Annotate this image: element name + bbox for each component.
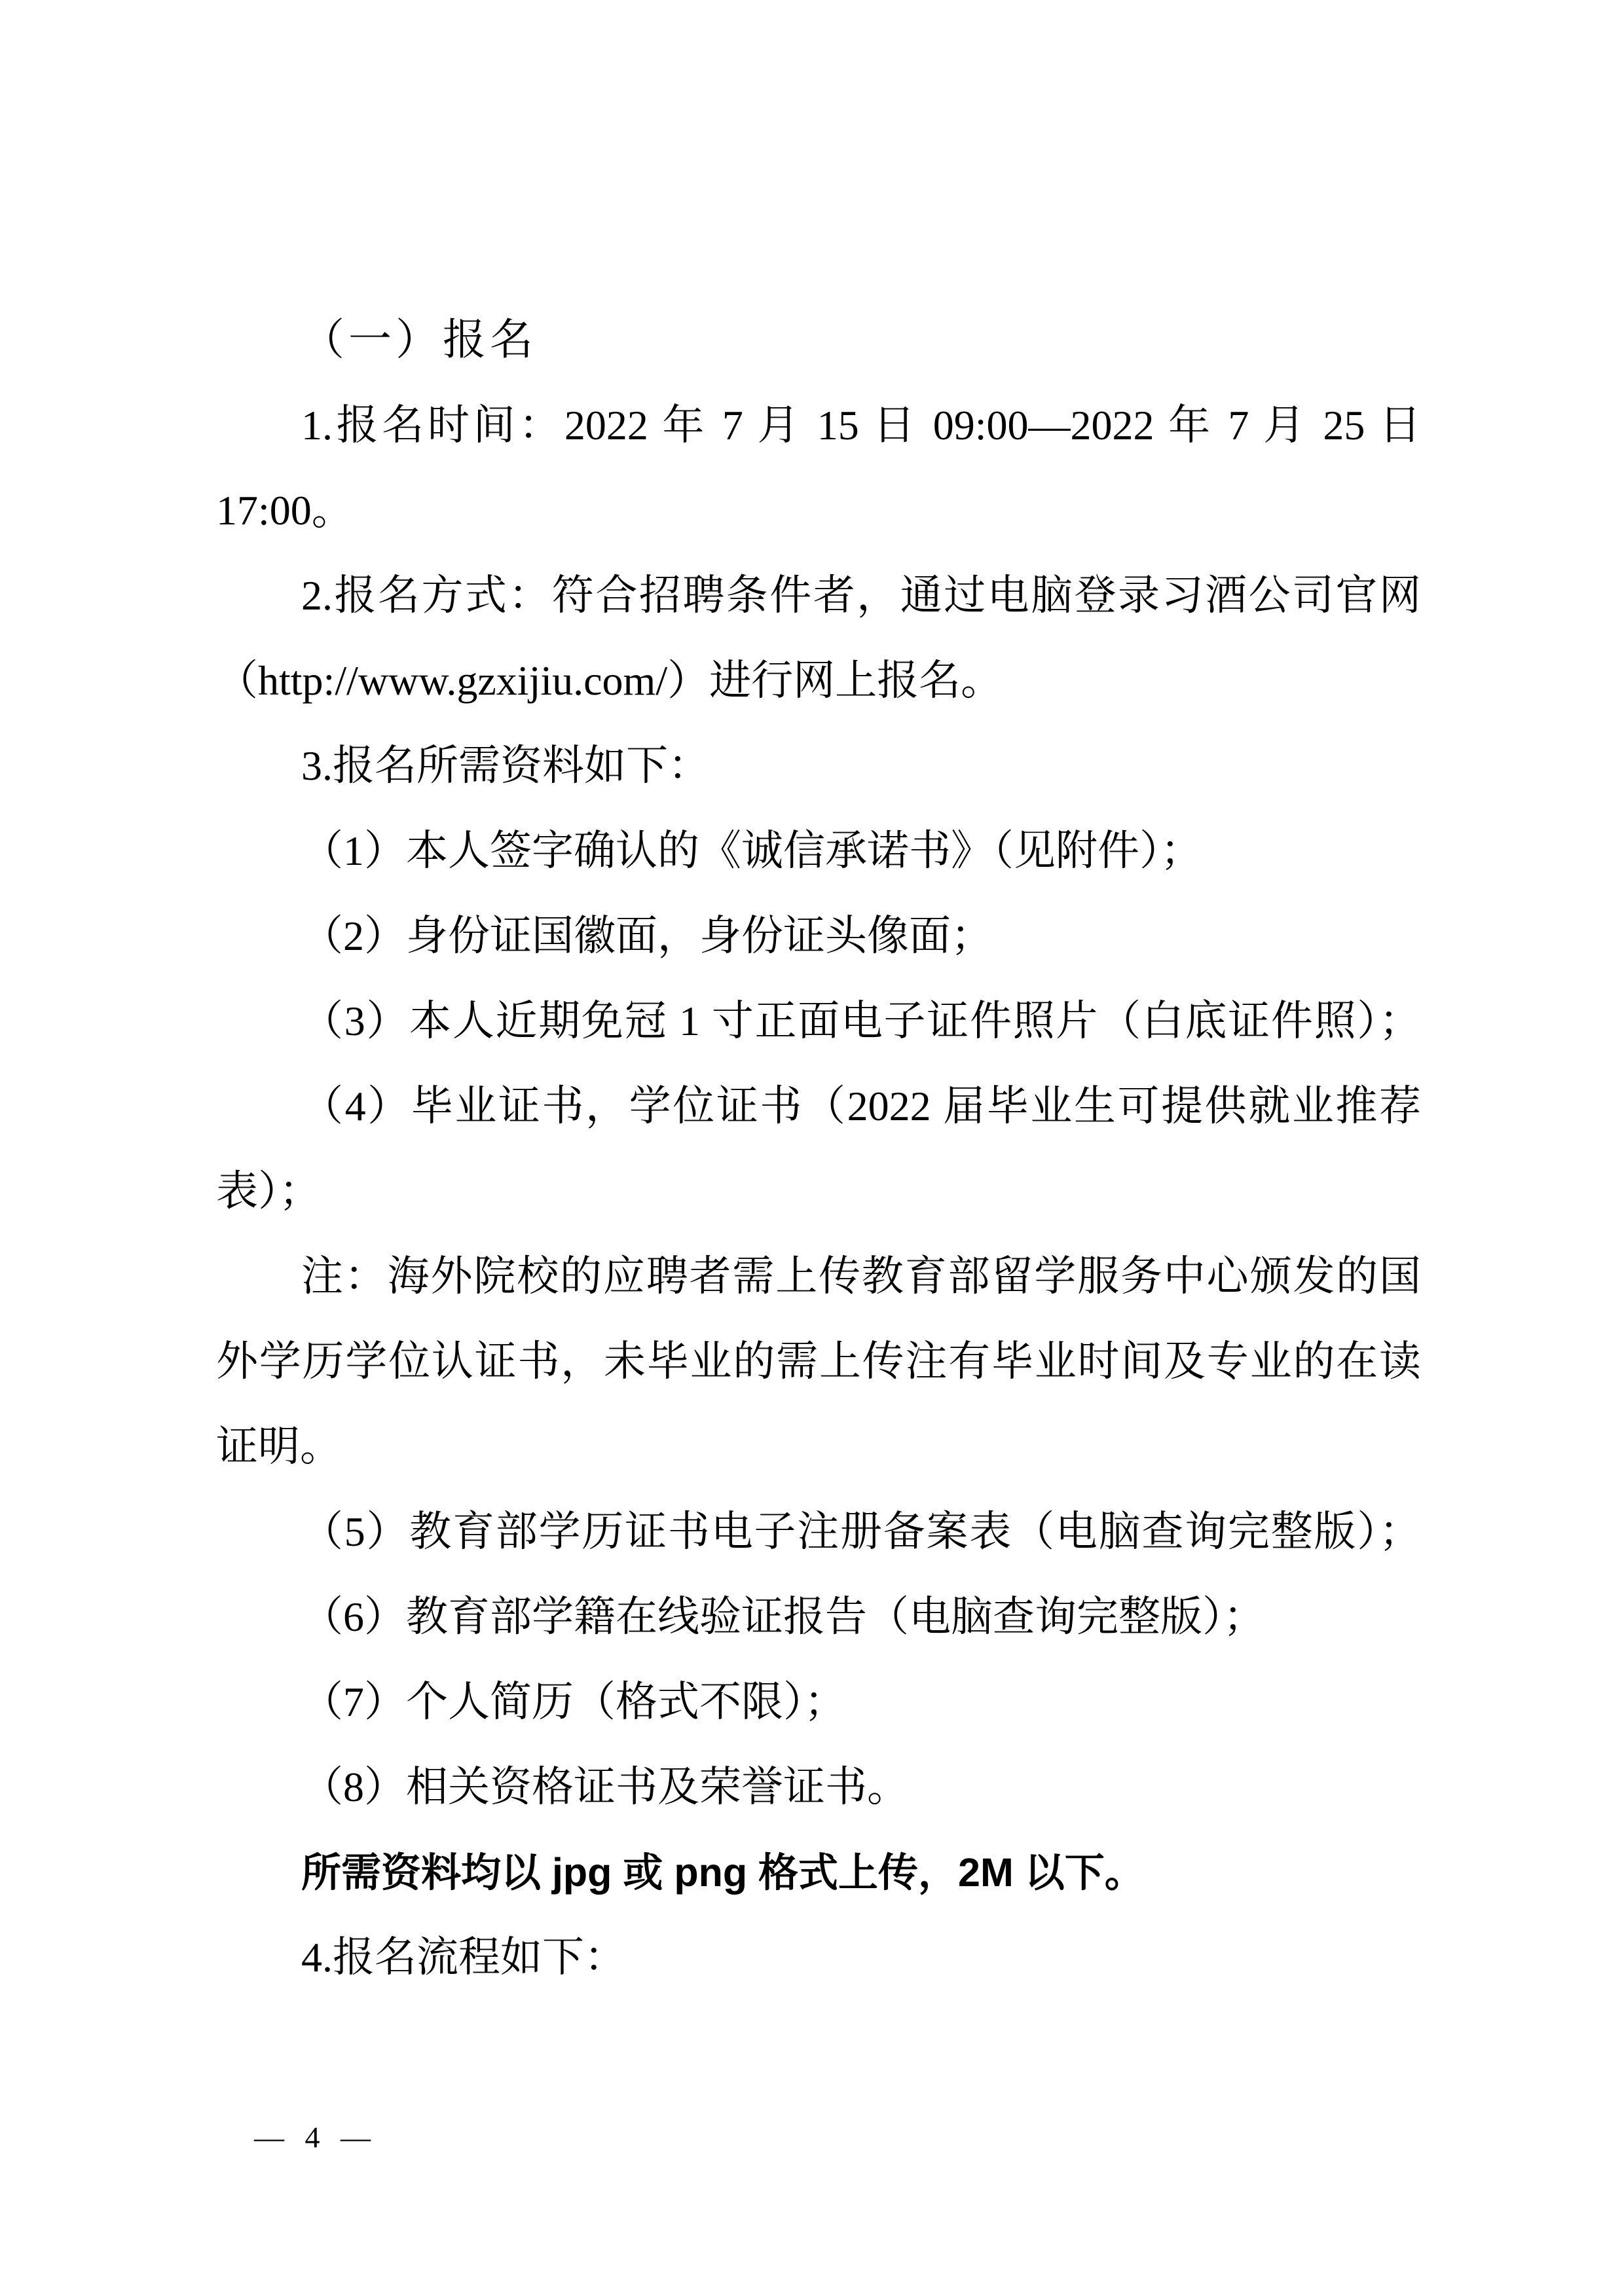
text-line: 2.报名方式：符合招聘条件者，通过电脑登录习酒公司官网 bbox=[216, 553, 1421, 638]
section-heading: （一）报名 bbox=[216, 298, 1421, 383]
note-line: 外学历学位认证书，未毕业的需上传注有毕业时间及专业的在读 bbox=[216, 1319, 1421, 1404]
list-item-line: （5）教育部学历证书电子注册备案表（电脑查询完整版）； bbox=[216, 1489, 1421, 1575]
text-line: 3.报名所需资料如下： bbox=[216, 723, 1421, 809]
list-item-line: （6）教育部学籍在线验证报告（电脑查询完整版）； bbox=[216, 1575, 1421, 1660]
list-item-line: （4）毕业证书，学位证书（2022 届毕业生可提供就业推荐 bbox=[216, 1064, 1421, 1149]
list-item-line: （3）本人近期免冠 1 寸正面电子证件照片（白底证件照）； bbox=[216, 979, 1421, 1064]
list-item-line: （8）相关资格证书及荣誉证书。 bbox=[216, 1745, 1421, 1830]
page-number: — 4 — bbox=[254, 2095, 377, 2180]
note-line: 注：海外院校的应聘者需上传教育部留学服务中心颁发的国 bbox=[216, 1234, 1421, 1319]
list-item-line: （1）本人签字确认的《诚信承诺书》（见附件）； bbox=[216, 809, 1421, 894]
text-line: 4.报名流程如下： bbox=[216, 1915, 1421, 2000]
document-body: （一）报名 1.报名时间：2022 年 7 月 15 日 09:00—2022 … bbox=[216, 298, 1421, 2000]
text-line: 表）； bbox=[216, 1149, 1421, 1234]
upload-requirement-bold-line: 所需资料均以 jpg 或 png 格式上传，2M 以下。 bbox=[216, 1830, 1421, 1915]
text-line: 17:00。 bbox=[216, 468, 1421, 553]
list-item-line: （7）个人简历（格式不限）； bbox=[216, 1660, 1421, 1745]
list-item-line: （2）身份证国徽面，身份证头像面； bbox=[216, 894, 1421, 979]
text-line-url: （http://www.gzxijiu.com/）进行网上报名。 bbox=[216, 638, 1421, 723]
text-line: 1.报名时间：2022 年 7 月 15 日 09:00—2022 年 7 月 … bbox=[216, 383, 1421, 468]
note-line: 证明。 bbox=[216, 1404, 1421, 1489]
document-page: （一）报名 1.报名时间：2022 年 7 月 15 日 09:00—2022 … bbox=[0, 0, 1624, 2296]
